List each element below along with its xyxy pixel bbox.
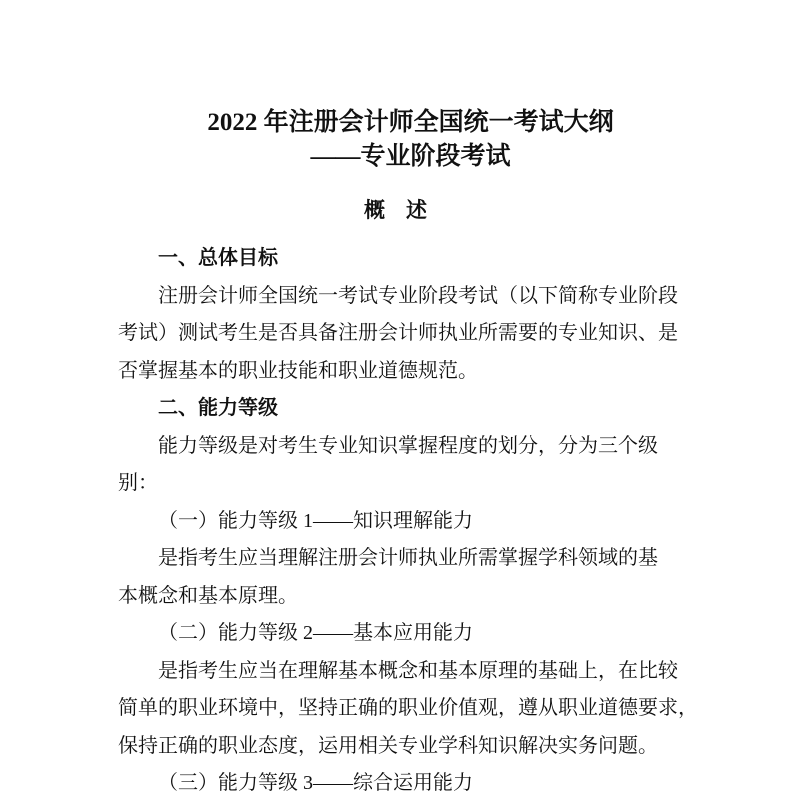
document-title-line2: ——专业阶段考试 (133, 140, 688, 174)
text-line: 别： (118, 465, 673, 503)
section-heading-2: 二、能力等级 (118, 390, 673, 428)
text-line: 简单的职业环境中，坚持正确的职业价值观，遵从职业道德要求， (118, 690, 673, 728)
document-title-line1: 2022 年注册会计师全国统一考试大纲 (133, 106, 688, 140)
subsection-heading-1: （一）能力等级 1——知识理解能力 (118, 503, 673, 541)
text-line: 否掌握基本的职业技能和职业道德规范。 (118, 353, 673, 391)
document-title: 2022 年注册会计师全国统一考试大纲 ——专业阶段考试 (133, 106, 688, 174)
text-line: 是指考生应当理解注册会计师执业所需掌握学科领域的基 (118, 540, 673, 578)
subsection-heading-3: （三）能力等级 3——综合运用能力 (118, 765, 673, 802)
text-line: 保持正确的职业态度，运用相关专业学科知识解决实务问题。 (118, 728, 673, 766)
text-line: 考试）测试考生是否具备注册会计师执业所需要的专业知识、是 (118, 315, 673, 353)
subsection-heading-2: （二）能力等级 2——基本应用能力 (118, 615, 673, 653)
overview-heading: 概 述 (118, 197, 673, 225)
section-heading-1: 一、总体目标 (118, 240, 673, 278)
text-line: 本概念和基本原理。 (118, 578, 673, 616)
text-line: 注册会计师全国统一考试专业阶段考试（以下简称专业阶段 (118, 278, 673, 316)
document-body: 一、总体目标 注册会计师全国统一考试专业阶段考试（以下简称专业阶段 考试）测试考… (118, 240, 673, 802)
text-line: 是指考生应当在理解基本概念和基本原理的基础上，在比较 (118, 653, 673, 691)
document-page: 2022 年注册会计师全国统一考试大纲 ——专业阶段考试 概 述 一、总体目标 … (0, 0, 791, 802)
text-line: 能力等级是对考生专业知识掌握程度的划分，分为三个级 (118, 428, 673, 466)
